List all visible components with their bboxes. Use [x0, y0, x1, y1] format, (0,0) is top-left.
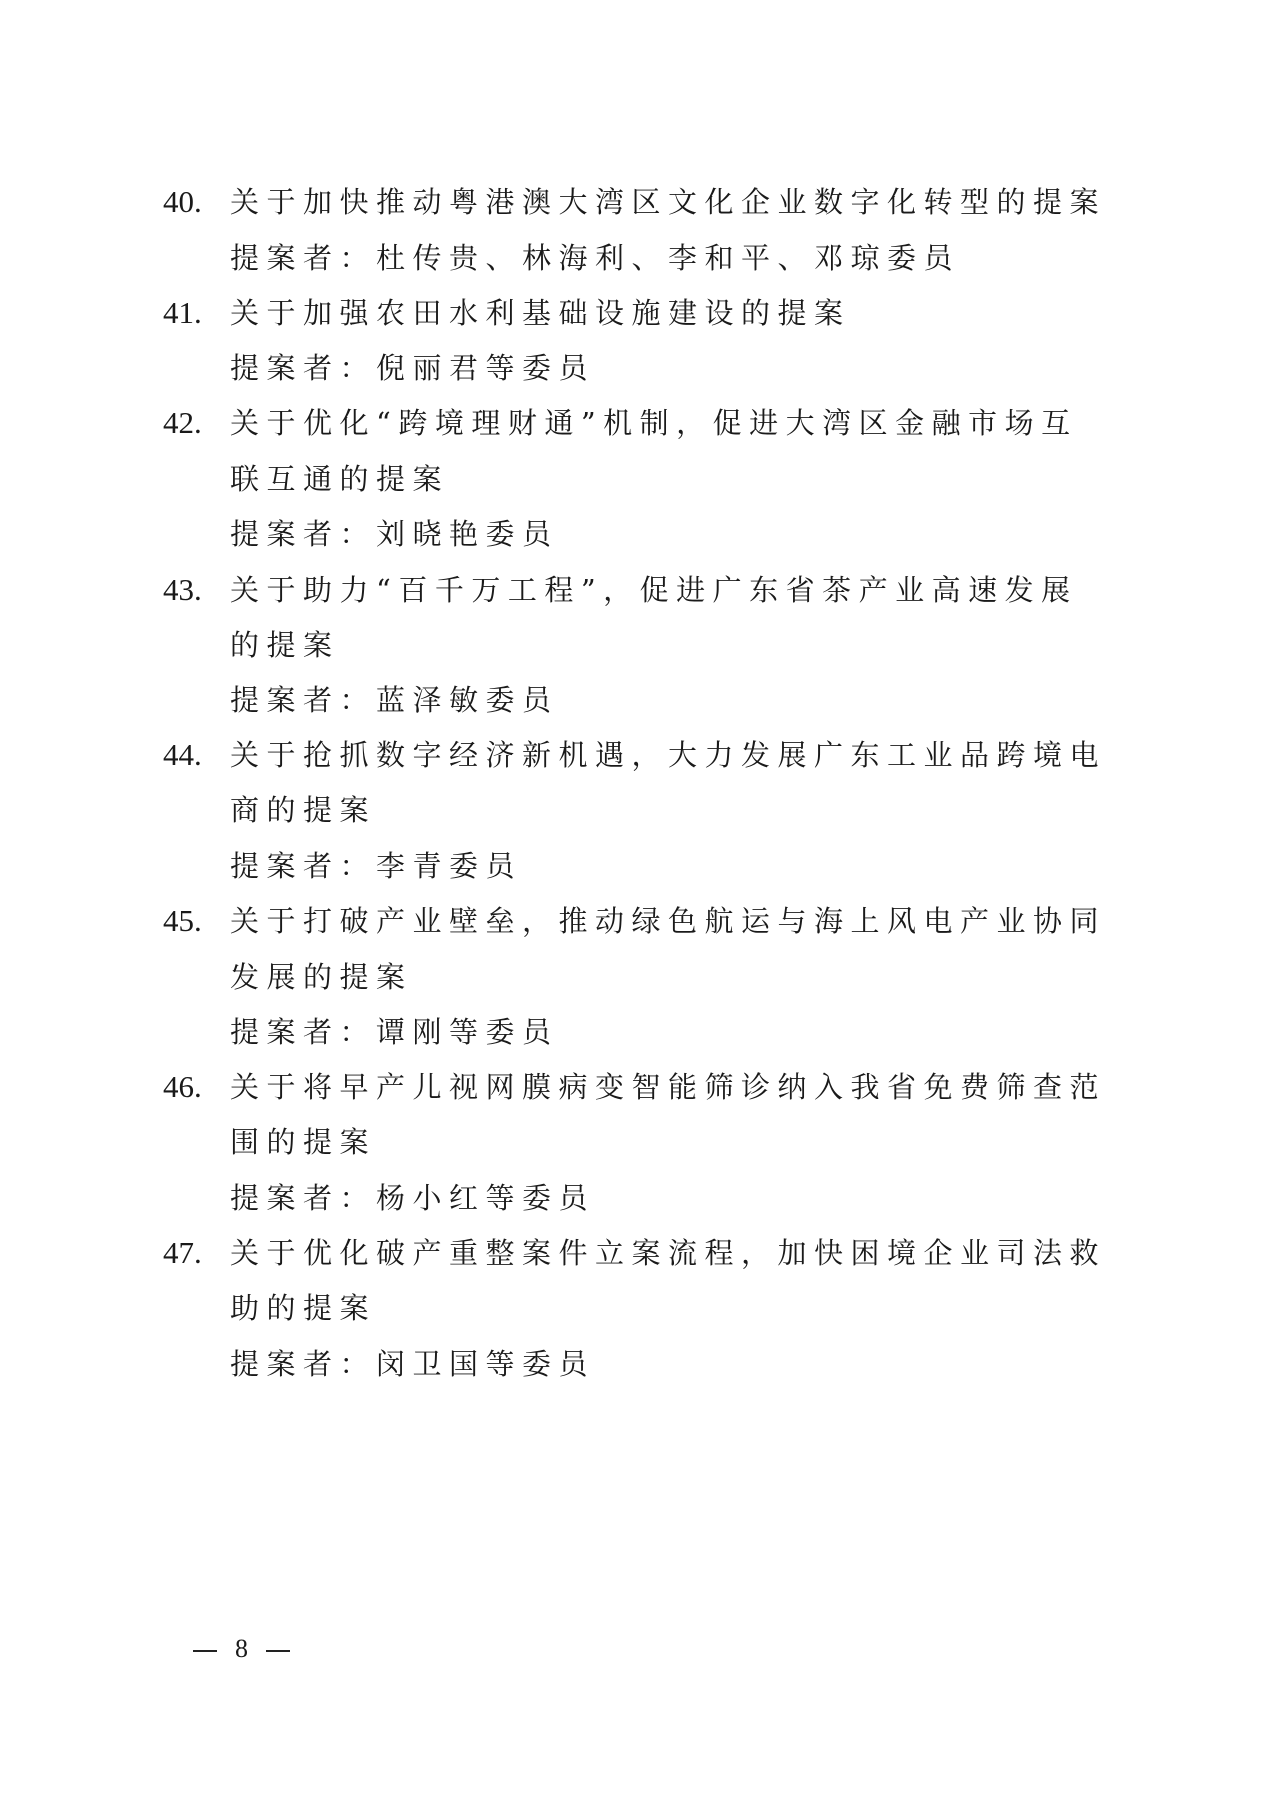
proposal-title-continuation: 的提案 [230, 625, 340, 665]
proposal-number: 47. [163, 1233, 202, 1273]
proposer-line: 提案者：杜传贵、林海利、李和平、邓琼委员 [230, 238, 960, 278]
proposer-line: 提案者：刘晓艳委员 [230, 514, 559, 554]
proposal-number: 44. [163, 735, 202, 775]
proposal-title: 关于加快推动粤港澳大湾区文化企业数字化转型的提案 [230, 182, 1106, 222]
proposal-title: 关于优化“跨境理财通”机制，促进大湾区金融市场互 [230, 403, 1078, 443]
proposal-number: 41. [163, 293, 202, 333]
proposal-title-continuation: 联互通的提案 [230, 459, 449, 499]
proposer-line: 提案者：闵卫国等委员 [230, 1344, 595, 1384]
dash-right-decoration [266, 1650, 290, 1652]
proposal-title: 关于打破产业壁垒，推动绿色航运与海上风电产业协同 [230, 901, 1106, 941]
proposer-line: 提案者：蓝泽敏委员 [230, 680, 559, 720]
document-page: 40. 关于加快推动粤港澳大湾区文化企业数字化转型的提案 提案者：杜传贵、林海利… [0, 0, 1268, 1793]
page-number: 8 [235, 1632, 248, 1666]
proposer-line: 提案者：倪丽君等委员 [230, 348, 595, 388]
proposal-title: 关于优化破产重整案件立案流程，加快困境企业司法救 [230, 1233, 1106, 1273]
proposal-title: 关于加强农田水利基础设施建设的提案 [230, 293, 851, 333]
dash-left-decoration [193, 1650, 217, 1652]
proposal-number: 43. [163, 570, 202, 610]
proposal-title: 关于抢抓数字经济新机遇，大力发展广东工业品跨境电 [230, 735, 1106, 775]
proposal-number: 46. [163, 1067, 202, 1107]
page-footer: 8 [193, 1632, 290, 1666]
proposer-line: 提案者：杨小红等委员 [230, 1178, 595, 1218]
proposal-title: 关于助力“百千万工程”，促进广东省茶产业高速发展 [230, 570, 1078, 610]
proposer-line: 提案者：李青委员 [230, 846, 522, 886]
proposal-number: 40. [163, 182, 202, 222]
proposal-number: 42. [163, 403, 202, 443]
proposal-title-continuation: 发展的提案 [230, 957, 413, 997]
proposal-title-continuation: 围的提案 [230, 1122, 376, 1162]
proposer-line: 提案者：谭刚等委员 [230, 1012, 559, 1052]
proposal-number: 45. [163, 901, 202, 941]
proposal-title: 关于将早产儿视网膜病变智能筛诊纳入我省免费筛查范 [230, 1067, 1106, 1107]
proposal-title-continuation: 助的提案 [230, 1288, 376, 1328]
proposal-title-continuation: 商的提案 [230, 790, 376, 830]
